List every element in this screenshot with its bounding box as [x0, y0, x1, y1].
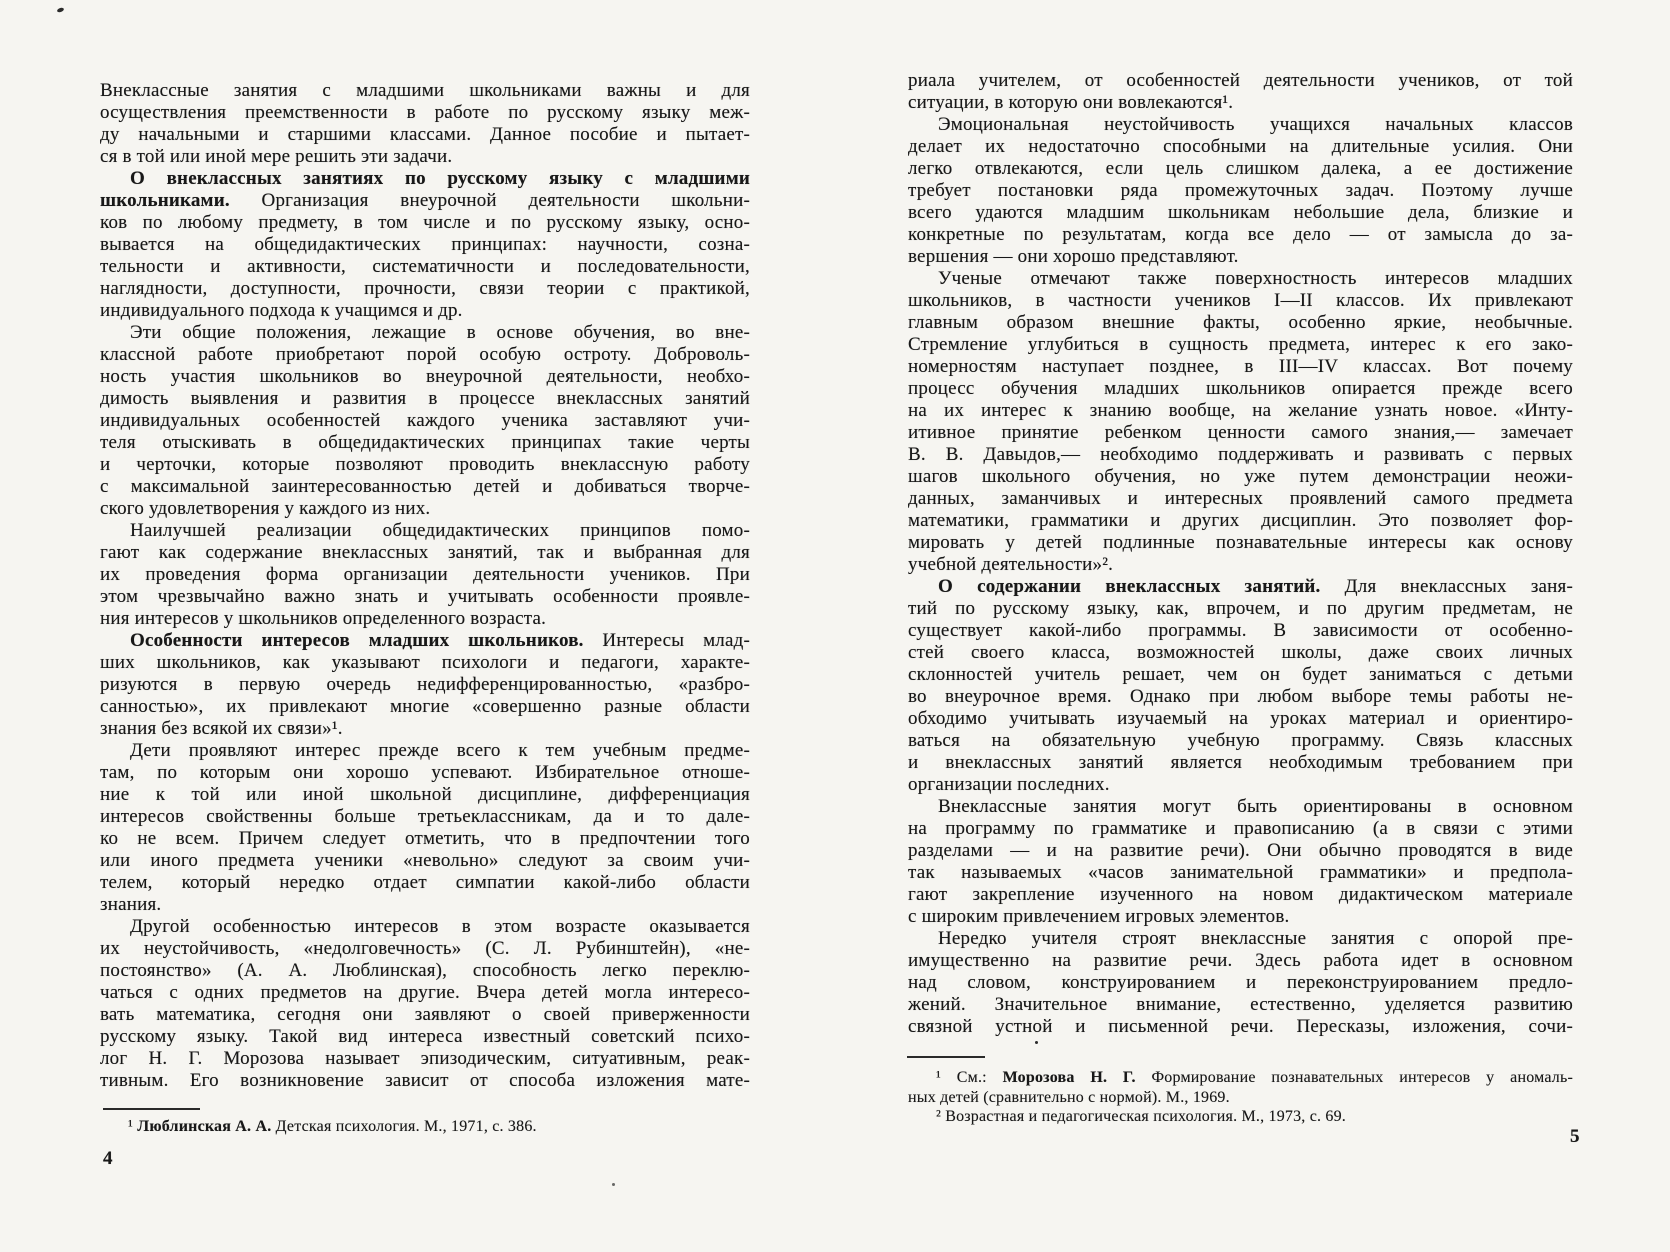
text-segment: связной устной и письменной речи. Переск… [908, 1016, 1573, 1037]
right-page-footnotes: ¹ См.: Морозова Н. Г. Формирование позна… [908, 1068, 1573, 1127]
text-line: главным образом внешние факты, особенно … [908, 312, 1573, 334]
bold-text-segment: О внеклассных занятиях по русскому языку… [130, 168, 750, 189]
text-segment: постоянство» (А. А. Люблинская), способн… [100, 960, 750, 981]
text-line: наглядности, доступности, прочности, свя… [100, 278, 750, 300]
text-segment: конкретные по результатам, когда все дел… [908, 224, 1573, 245]
text-line: над словом, конструированием и переконст… [908, 972, 1573, 994]
text-segment: во внеурочное время. Однако при любом вы… [908, 686, 1573, 707]
text-segment: существует какой-либо программы. В завис… [908, 620, 1573, 641]
text-segment: и черточки, которые позволяют проводить … [100, 454, 750, 475]
text-line: во внеурочное время. Однако при любом вы… [908, 686, 1573, 708]
text-segment: или иного предмета ученики «невольно» сл… [100, 850, 750, 871]
text-line: и внеклассных занятий является необходим… [908, 752, 1573, 774]
text-line: итивное принятие ребенком ценности самог… [908, 422, 1573, 444]
text-segment: данных, заманчивых и интересных проявлен… [908, 488, 1573, 509]
text-segment: процесс обучения младших школьников опир… [908, 378, 1573, 399]
left-footnote-rule [103, 1108, 200, 1110]
text-segment: Другой особенностью интересов в этом воз… [130, 916, 750, 937]
text-segment: на программу по грамматике и правописани… [908, 818, 1573, 839]
text-line: Внеклассные занятия могут быть ориентиро… [908, 796, 1573, 818]
text-segment: требует постановки ряда промежуточных за… [908, 180, 1573, 201]
text-line: Наилучшей реализации общедидактических п… [100, 520, 750, 542]
text-segment: русскому языку. Такой вид интереса извес… [100, 1026, 750, 1047]
text-segment: тельности и активности, систематичности … [100, 256, 750, 277]
book-scan-spread: Внеклассные занятия с младшими школьника… [0, 0, 1670, 1252]
text-line: учебной деятельности»². [908, 554, 1573, 576]
right-page-number: 5 [1570, 1126, 1580, 1148]
scan-speck [612, 1183, 615, 1186]
text-segment: гают закрепление изученного на новом дид… [908, 884, 1573, 905]
text-line: Другой особенностью интересов в этом воз… [100, 916, 750, 938]
text-line: математики, грамматики и других дисципли… [908, 510, 1573, 532]
text-line: ризуются в первую очередь недифференциро… [100, 674, 750, 696]
text-line: ков по любому предмету, в том числе и по… [100, 212, 750, 234]
text-line: индивидуального подхода к учащимся и др. [100, 300, 750, 322]
text-segment: лог Н. Г. Морозова называет эпизодически… [100, 1048, 750, 1069]
text-line: ¹ См.: Морозова Н. Г. Формирование позна… [908, 1068, 1573, 1088]
text-line: с максимальной заинтересованностью детей… [100, 476, 750, 498]
text-segment: осуществления преемственности в работе п… [100, 102, 750, 123]
text-line: жений. Значительное внимание, естественн… [908, 994, 1573, 1016]
text-segment: гают как содержание внеклассных занятий,… [100, 542, 750, 563]
text-segment: на их интерес к знанию вообще, на желани… [908, 400, 1573, 421]
text-segment: жений. Значительное внимание, естественн… [908, 994, 1573, 1015]
text-segment: знания. [100, 894, 161, 915]
text-line: их неустойчивость, «недолговечность» (С.… [100, 938, 750, 960]
text-segment: над словом, конструированием и переконст… [908, 972, 1573, 993]
text-segment: Формирование познавательных интересов у … [1136, 1069, 1573, 1086]
text-segment: индивидуальных особенностей каждого учен… [100, 410, 750, 431]
text-segment: ризуются в первую очередь недифференциро… [100, 674, 750, 695]
text-segment: Нередко учителя строят внеклассные занят… [938, 928, 1573, 949]
text-line: осуществления преемственности в работе п… [100, 102, 750, 124]
text-line: русскому языку. Такой вид интереса извес… [100, 1026, 750, 1048]
text-segment: наглядности, доступности, прочности, свя… [100, 278, 750, 299]
text-line: мировать у детей подлинные познавательны… [908, 532, 1573, 554]
text-segment: тивным. Его возникновение зависит от спо… [100, 1070, 750, 1091]
text-segment: Эмоциональная неустойчивость учащихся на… [938, 114, 1573, 135]
text-line: Эмоциональная неустойчивость учащихся на… [908, 114, 1573, 136]
text-line: и черточки, которые позволяют проводить … [100, 454, 750, 476]
text-line: Нередко учителя строят внеклассные занят… [908, 928, 1573, 950]
text-segment: так называемых «часов занимательной грам… [908, 862, 1573, 883]
text-segment: ших школьников, как указывают психологи … [100, 652, 750, 673]
left-page-number: 4 [103, 1148, 113, 1170]
text-segment: школьников, в частности учеников I—II кл… [908, 290, 1573, 311]
text-segment: делает их недостаточно способными на дли… [908, 136, 1573, 157]
text-line: димость выявления и развития в процессе … [100, 388, 750, 410]
text-line: ние к той или иной школьной дисциплине, … [100, 784, 750, 806]
text-line: телем, который нередко отдает симпатии к… [100, 872, 750, 894]
text-line: разделами — и на развитие речи). Они обы… [908, 840, 1573, 862]
text-segment: математики, грамматики и других дисципли… [908, 510, 1573, 531]
text-line: чаться с одних предметов на другие. Вчер… [100, 982, 750, 1004]
text-line: требует постановки ряда промежуточных за… [908, 180, 1573, 202]
text-segment: организации последних. [908, 774, 1110, 795]
text-segment: ¹ См.: [936, 1069, 1003, 1086]
text-segment: индивидуального подхода к учащимся и др. [100, 300, 463, 321]
text-line: классной работе приобретают порой особую… [100, 344, 750, 366]
text-segment: Эти общие положения, лежащие в основе об… [130, 322, 750, 343]
text-segment: Для внеклассных заня- [1320, 576, 1573, 597]
bold-text-segment: Люблинская А. А. [137, 1118, 271, 1135]
text-line: интересов свойственны больше третьекласс… [100, 806, 750, 828]
text-segment: ния интересов у школьников определенного… [100, 608, 546, 629]
text-line: школьниками. Организация внеурочной деят… [100, 190, 750, 212]
text-line: Ученые отмечают также поверхностность ин… [908, 268, 1573, 290]
text-line: теля отыскивать в общедидактических прин… [100, 432, 750, 454]
text-line: на программу по грамматике и правописани… [908, 818, 1573, 840]
text-line: делает их недостаточно способными на дли… [908, 136, 1573, 158]
text-segment: теля отыскивать в общедидактических прин… [100, 432, 750, 453]
text-segment: ² Возрастная и педагогическая психология… [936, 1108, 1346, 1125]
text-line: санностью», их привлекают многие «соверш… [100, 696, 750, 718]
text-segment: обходимо учитывать изучаемый на уроках м… [908, 708, 1573, 729]
left-page-footnotes: ¹ Люблинская А. А. Детская психология. М… [100, 1117, 750, 1137]
text-line: организации последних. [908, 774, 1573, 796]
text-segment: с максимальной заинтересованностью детей… [100, 476, 750, 497]
text-segment: Внеклассные занятия могут быть ориентиро… [938, 796, 1573, 817]
text-line: О внеклассных занятиях по русскому языку… [100, 168, 750, 190]
text-line: знания. [100, 894, 750, 916]
text-line: гают как содержание внеклассных занятий,… [100, 542, 750, 564]
text-line: Стремление углубиться в сущность предмет… [908, 334, 1573, 356]
text-segment: главным образом внешние факты, особенно … [908, 312, 1573, 333]
text-segment: санностью», их привлекают многие «соверш… [100, 696, 750, 717]
text-segment: ность участия школьников во внеурочной д… [100, 366, 750, 387]
text-segment: димость выявления и развития в процессе … [100, 388, 750, 409]
text-line: всего удаются младшим школьникам небольш… [908, 202, 1573, 224]
text-line: тий по русскому языку, как, впрочем, и п… [908, 598, 1573, 620]
text-segment: ¹ [128, 1118, 137, 1135]
text-line: процесс обучения младших школьников опир… [908, 378, 1573, 400]
text-line: так называемых «часов занимательной грам… [908, 862, 1573, 884]
right-footnote-rule [907, 1056, 985, 1058]
text-line: риала учителем, от особенностей деятельн… [908, 70, 1573, 92]
text-line: Особенности интересов младших школьников… [100, 630, 750, 652]
scan-speck [1035, 1041, 1038, 1044]
left-page-body: Внеклассные занятия с младшими школьника… [100, 80, 750, 1092]
text-line: стей своего класса, возможностей школы, … [908, 642, 1573, 664]
text-line: ших школьников, как указывают психологи … [100, 652, 750, 674]
text-line: шагов школьного обучения, но уже путем д… [908, 466, 1573, 488]
text-segment: имущественно на развитие речи. Здесь раб… [908, 950, 1573, 971]
text-line: ду начальными и старшими классами. Данно… [100, 124, 750, 146]
text-line: склонностей учитель решает, чем он будет… [908, 664, 1573, 686]
text-segment: ных детей (сравнительно с нормой). М., 1… [908, 1089, 1230, 1106]
text-segment: вершения — они хорошо представляют. [908, 246, 1239, 267]
text-line: ных детей (сравнительно с нормой). М., 1… [908, 1088, 1573, 1108]
text-segment: вать математика, сегодня они заявляют о … [100, 1004, 750, 1025]
bold-text-segment: О содержании внеклассных занятий. [938, 576, 1320, 597]
text-segment: Внеклассные занятия с младшими школьника… [100, 80, 750, 101]
text-segment: Дети проявляют интерес прежде всего к те… [130, 740, 750, 761]
text-segment: вывается на общедидактических принципах:… [100, 234, 750, 255]
text-segment: тий по русскому языку, как, впрочем, и п… [908, 598, 1573, 619]
text-line: гают закрепление изученного на новом дид… [908, 884, 1573, 906]
text-segment: мировать у детей подлинные познавательны… [908, 532, 1573, 553]
text-segment: интересов свойственны больше третьекласс… [100, 806, 750, 827]
right-page-body: риала учителем, от особенностей деятельн… [908, 70, 1573, 1038]
text-line: этом чрезвычайно важно знать и учитывать… [100, 586, 750, 608]
text-line: ность участия школьников во внеурочной д… [100, 366, 750, 388]
text-line: Дети проявляют интерес прежде всего к те… [100, 740, 750, 762]
bold-text-segment: Морозова Н. Г. [1003, 1069, 1136, 1086]
text-segment: всего удаются младшим школьникам небольш… [908, 202, 1573, 223]
text-line: знания без всякой их связи»¹. [100, 718, 750, 740]
text-line: О содержании внеклассных занятий. Для вн… [908, 576, 1573, 598]
text-line: ко не всем. Причем следует отметить, что… [100, 828, 750, 850]
text-line: ¹ Люблинская А. А. Детская психология. М… [100, 1117, 750, 1137]
text-segment: там, по которым они хорошо успевают. Изб… [100, 762, 750, 783]
text-segment: В. В. Давыдов,— необходимо поддерживать … [908, 444, 1573, 465]
text-line: Эти общие положения, лежащие в основе об… [100, 322, 750, 344]
bold-text-segment: школьниками. [100, 190, 230, 211]
text-segment: стей своего класса, возможностей школы, … [908, 642, 1573, 663]
text-segment: ду начальными и старшими классами. Данно… [100, 124, 750, 145]
text-line: В. В. Давыдов,— необходимо поддерживать … [908, 444, 1573, 466]
text-line: индивидуальных особенностей каждого учен… [100, 410, 750, 432]
text-segment: и внеклассных занятий является необходим… [908, 752, 1573, 773]
text-line: связной устной и письменной речи. Переск… [908, 1016, 1573, 1038]
text-line: имущественно на развитие речи. Здесь раб… [908, 950, 1573, 972]
text-segment: классной работе приобретают порой особую… [100, 344, 750, 365]
text-segment: склонностей учитель решает, чем он будет… [908, 664, 1573, 685]
text-segment: ситуации, в которую они вовлекаются¹. [908, 92, 1233, 113]
text-line: школьников, в частности учеников I—II кл… [908, 290, 1573, 312]
text-line: существует какой-либо программы. В завис… [908, 620, 1573, 642]
text-segment: их неустойчивость, «недолговечность» (С.… [100, 938, 750, 959]
text-line: вывается на общедидактических принципах:… [100, 234, 750, 256]
text-line: ² Возрастная и педагогическая психология… [908, 1107, 1573, 1127]
text-segment: знания без всякой их связи»¹. [100, 718, 343, 739]
text-segment: разделами — и на развитие речи). Они обы… [908, 840, 1573, 861]
text-line: Внеклассные занятия с младшими школьника… [100, 80, 750, 102]
text-line: данных, заманчивых и интересных проявлен… [908, 488, 1573, 510]
text-segment: номерностям наступает позднее, в III—IV … [908, 356, 1573, 377]
text-segment: ского удовлетворения у каждого из них. [100, 498, 430, 519]
text-line: вершения — они хорошо представляют. [908, 246, 1573, 268]
text-segment: Организация внеурочной деятельности школ… [230, 190, 750, 211]
text-segment: телем, который нередко отдает симпатии к… [100, 872, 750, 893]
text-line: ния интересов у школьников определенного… [100, 608, 750, 630]
text-line: ваться на обязательную учебную программу… [908, 730, 1573, 752]
text-segment: Детская психология. М., 1971, с. 386. [271, 1118, 536, 1135]
text-segment: Стремление углубиться в сущность предмет… [908, 334, 1573, 355]
bold-text-segment: Особенности интересов младших школьников… [130, 630, 584, 651]
text-segment: шагов школьного обучения, но уже путем д… [908, 466, 1573, 487]
text-segment: учебной деятельности»². [908, 554, 1113, 575]
text-segment: с широким привлечением игровых элементов… [908, 906, 1289, 927]
text-segment: легко отвлекаются, если цель слишком дал… [908, 158, 1573, 179]
text-segment: ваться на обязательную учебную программу… [908, 730, 1573, 751]
text-line: номерностям наступает позднее, в III—IV … [908, 356, 1573, 378]
text-line: тельности и активности, систематичности … [100, 256, 750, 278]
text-segment: ся в той или иной мере решить эти задачи… [100, 146, 452, 167]
text-segment: Ученые отмечают также поверхностность ин… [938, 268, 1573, 289]
text-segment: ков по любому предмету, в том числе и по… [100, 212, 750, 233]
text-line: ся в той или иной мере решить эти задачи… [100, 146, 750, 168]
text-segment: ние к той или иной школьной дисциплине, … [100, 784, 750, 805]
text-line: их проведения форма организации деятельн… [100, 564, 750, 586]
text-line: ского удовлетворения у каждого из них. [100, 498, 750, 520]
text-segment: Наилучшей реализации общедидактических п… [130, 520, 750, 541]
text-line: ситуации, в которую они вовлекаются¹. [908, 92, 1573, 114]
text-segment: этом чрезвычайно важно знать и учитывать… [100, 586, 750, 607]
text-line: с широким привлечением игровых элементов… [908, 906, 1573, 928]
text-line: на их интерес к знанию вообще, на желани… [908, 400, 1573, 422]
text-segment: итивное принятие ребенком ценности самог… [908, 422, 1573, 443]
text-line: обходимо учитывать изучаемый на уроках м… [908, 708, 1573, 730]
text-line: или иного предмета ученики «невольно» сл… [100, 850, 750, 872]
text-segment: чаться с одних предметов на другие. Вчер… [100, 982, 750, 1003]
text-line: тивным. Его возникновение зависит от спо… [100, 1070, 750, 1092]
text-segment: риала учителем, от особенностей деятельн… [908, 70, 1573, 91]
text-line: лог Н. Г. Морозова называет эпизодически… [100, 1048, 750, 1070]
text-segment: Интересы млад- [584, 630, 750, 651]
text-line: постоянство» (А. А. Люблинская), способн… [100, 960, 750, 982]
text-line: там, по которым они хорошо успевают. Изб… [100, 762, 750, 784]
scan-speck [57, 7, 65, 13]
text-line: конкретные по результатам, когда все дел… [908, 224, 1573, 246]
text-segment: их проведения форма организации деятельн… [100, 564, 750, 585]
text-line: легко отвлекаются, если цель слишком дал… [908, 158, 1573, 180]
text-segment: ко не всем. Причем следует отметить, что… [100, 828, 750, 849]
text-line: вать математика, сегодня они заявляют о … [100, 1004, 750, 1026]
